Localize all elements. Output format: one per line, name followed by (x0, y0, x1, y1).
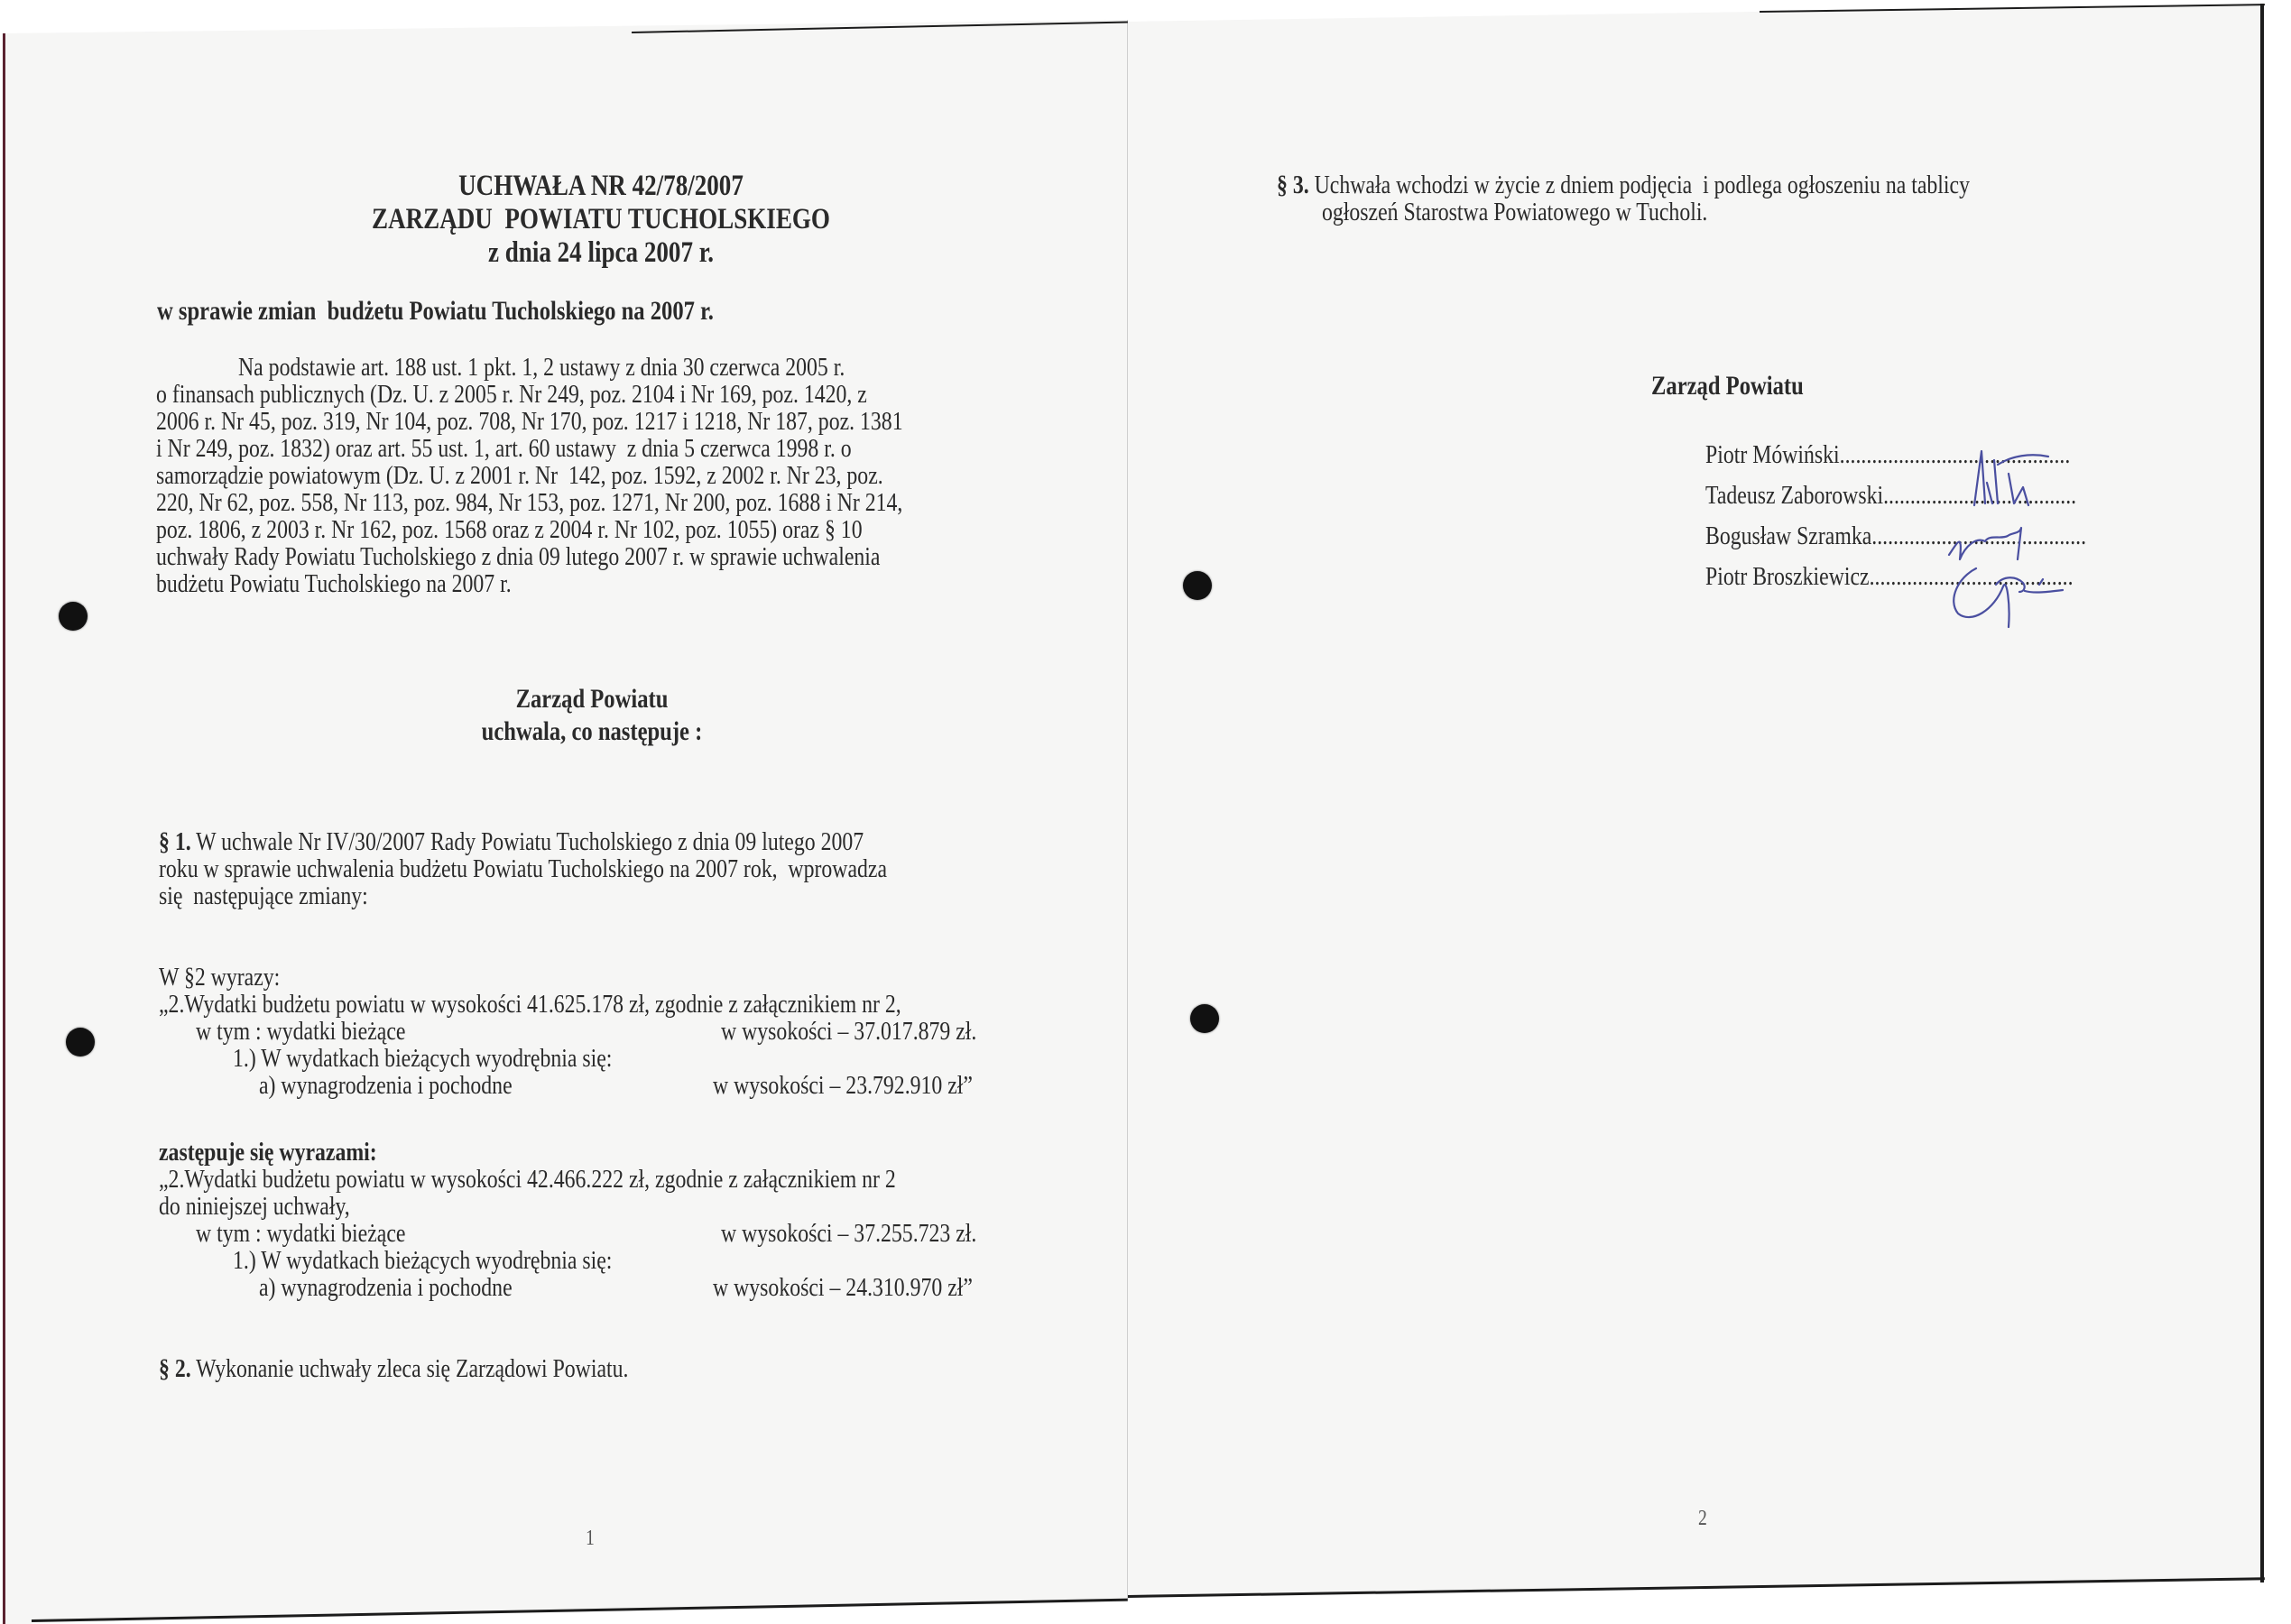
signatory-name: Bogusław Szramka (1705, 521, 1871, 550)
new-wages-label: a) wynagrodzenia i pochodne (259, 1274, 513, 1301)
new-total-expenses-cont: do niniejszej uchwały, (159, 1193, 350, 1220)
legal-basis-line: 220, Nr 62, poz. 558, Nr 113, poz. 984, … (156, 489, 902, 516)
punch-hole (59, 602, 88, 631)
legal-basis-line: Na podstawie art. 188 ust. 1 pkt. 1, 2 u… (238, 354, 845, 381)
board-heading: Zarząd Powiatu (370, 686, 814, 713)
old-current-expenses-value: w wysokości – 37.017.879 zł. (721, 1018, 976, 1045)
section-1-line: się następujące zmiany: (159, 882, 368, 909)
new-wording-intro: zastępuje się wyrazami: (159, 1139, 377, 1166)
page-number: 1 (586, 1525, 595, 1552)
signatures-heading: Zarząd Powiatu (1651, 373, 1804, 400)
page-2: § 3. Uchwała wchodzi w życie z dniem pod… (1128, 0, 2263, 1624)
resolution-number: UCHWAŁA NR 42/78/2007 (349, 170, 853, 202)
new-total-expenses: „2.Wydatki budżetu powiatu w wysokości 4… (159, 1166, 896, 1193)
page-seam (1127, 20, 1128, 1599)
legal-basis-line: i Nr 249, poz. 1832) oraz art. 55 ust. 1… (156, 435, 852, 462)
section-2: § 2. Wykonanie uchwały zleca się Zarządo… (159, 1355, 628, 1382)
handwritten-signatures-icon (1922, 433, 2102, 641)
section-3-label: § 3. (1277, 171, 1309, 199)
punch-hole (1183, 571, 1212, 600)
resolution-subject: w sprawie zmian budżetu Powiatu Tucholsk… (157, 298, 714, 325)
legal-basis-line: budżetu Powiatu Tucholskiego na 2007 r. (156, 570, 512, 597)
issuing-body: ZARZĄDU POWIATU TUCHOLSKIEGO (291, 203, 912, 235)
legal-basis-line: o finansach publicznych (Dz. U. z 2005 r… (156, 381, 867, 408)
section-2-label: § 2. (159, 1354, 191, 1383)
page-2-right-edge (2260, 4, 2264, 1582)
section-3-line: § 3. Uchwała wchodzi w życie z dniem pod… (1277, 171, 1970, 198)
signatory-name: Piotr Mówiński (1705, 440, 1840, 469)
signatory-name: Tadeusz Zaborowski (1705, 481, 1883, 510)
old-wages-value: w wysokości – 23.792.910 zł” (713, 1072, 973, 1099)
legal-basis-line: 2006 r. Nr 45, poz. 319, Nr 104, poz. 70… (156, 408, 903, 435)
section-3-line: ogłoszeń Starostwa Powiatowego w Tucholi… (1322, 198, 1707, 226)
section-1-line: roku w sprawie uchwalenia budżetu Powiat… (159, 855, 887, 882)
old-wording-intro: W §2 wyrazy: (159, 964, 280, 991)
old-sub-intro: 1.) W wydatkach bieżących wyodrębnia się… (233, 1045, 612, 1072)
legal-basis-line: samorządzie powiatowym (Dz. U. z 2001 r.… (156, 462, 883, 489)
resolves-heading: uchwala, co następuje : (370, 718, 814, 745)
punch-hole (66, 1028, 95, 1057)
old-wages-label: a) wynagrodzenia i pochodne (259, 1072, 513, 1099)
old-total-expenses: „2.Wydatki budżetu powiatu w wysokości 4… (159, 991, 901, 1018)
old-current-expenses-label: w tym : wydatki bieżące (196, 1018, 405, 1045)
legal-basis-line: poz. 1806, z 2003 r. Nr 162, poz. 1568 o… (156, 516, 863, 543)
new-wages-value: w wysokości – 24.310.970 zł” (713, 1274, 973, 1301)
legal-basis-line: uchwały Rady Powiatu Tucholskiego z dnia… (156, 543, 880, 570)
new-current-expenses-label: w tym : wydatki bieżące (196, 1220, 405, 1247)
resolution-date: z dnia 24 lipca 2007 r. (349, 236, 853, 269)
page-number: 2 (1698, 1505, 1707, 1532)
page-1: UCHWAŁA NR 42/78/2007 ZARZĄDU POWIATU TU… (3, 0, 1133, 1624)
section-1-label: § 1. (159, 827, 191, 856)
section-1-line: § 1. W uchwale Nr IV/30/2007 Rady Powiat… (159, 828, 864, 855)
punch-hole (1190, 1004, 1219, 1033)
new-current-expenses-value: w wysokości – 37.255.723 zł. (721, 1220, 976, 1247)
signatory-name: Piotr Broszkiewicz (1705, 562, 1870, 591)
new-sub-intro: 1.) W wydatkach bieżących wyodrębnia się… (233, 1247, 612, 1274)
